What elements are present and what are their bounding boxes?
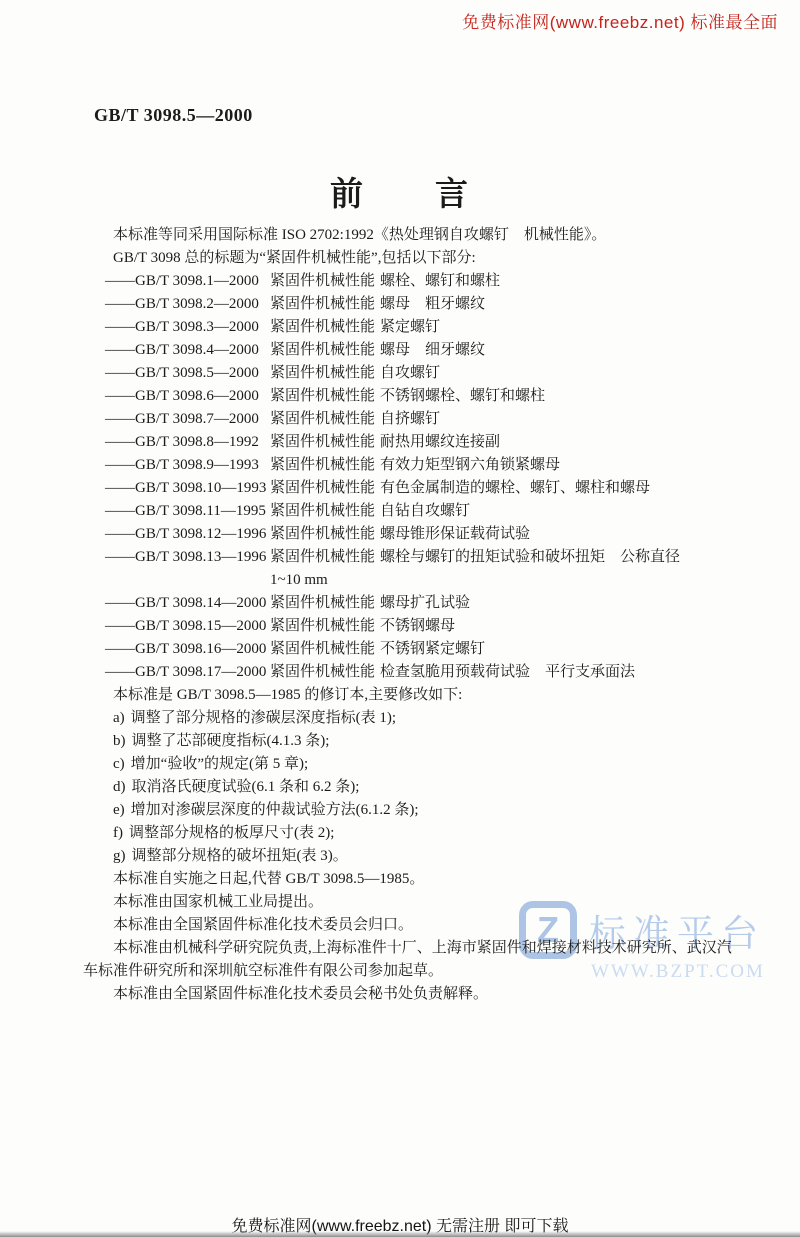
- top-site-banner: 免费标准网(www.freebz.net) 标准最全面: [462, 8, 778, 33]
- revision-item: c)增加“验收”的规定(第 5 章);: [83, 753, 743, 776]
- revision-label: c): [113, 756, 125, 772]
- standard-series-title: 紧固件机械性能: [270, 500, 380, 523]
- standard-series-title: 紧固件机械性能: [270, 638, 380, 661]
- standard-subject: 耐热用螺纹连接副: [380, 431, 743, 454]
- standard-series-title: 紧固件机械性能: [270, 339, 380, 362]
- standard-series-title: 紧固件机械性能: [270, 293, 380, 316]
- scan-bottom-edge: [0, 1231, 800, 1237]
- intro-paragraph: 本标准等同采用国际标准 ISO 2702:1992《热处理钢自攻螺钉 机械性能》…: [83, 224, 743, 247]
- standard-list-item: ——GB/T 3098.5—2000 紧固件机械性能 自攻螺钉: [83, 362, 743, 385]
- revision-item: d)取消洛氏硬度试验(6.1 条和 6.2 条);: [83, 776, 743, 799]
- standard-code: ——GB/T 3098.3—2000: [105, 316, 270, 339]
- standard-series-title: 紧固件机械性能: [270, 523, 380, 546]
- revision-label: d): [113, 779, 126, 795]
- standard-subject: 螺栓、螺钉和螺柱: [380, 270, 743, 293]
- standard-code: ——GB/T 3098.5—2000: [105, 362, 270, 385]
- revision-item: e)增加对渗碳层深度的仲裁试验方法(6.1.2 条);: [83, 799, 743, 822]
- revision-item: a)调整了部分规格的渗碳层深度指标(表 1);: [83, 707, 743, 730]
- standard-code: ——GB/T 3098.11—1995: [105, 500, 270, 523]
- revision-label: f): [113, 825, 123, 841]
- revision-item: f)调整部分规格的板厚尺寸(表 2);: [83, 822, 743, 845]
- revision-item: g)调整部分规格的破坏扭矩(表 3)。: [83, 845, 743, 868]
- standard-subject: 检查氢脆用预载荷试验 平行支承面法: [380, 661, 743, 684]
- standard-series-title: 紧固件机械性能: [270, 270, 380, 293]
- standard-series-title: 紧固件机械性能: [270, 615, 380, 638]
- revision-text: 调整部分规格的板厚尺寸(表 2);: [129, 825, 334, 841]
- standard-list-item: ——GB/T 3098.6—2000 紧固件机械性能 不锈钢螺栓、螺钉和螺柱: [83, 385, 743, 408]
- standard-subject: 有色金属制造的螺栓、螺钉、螺柱和螺母: [380, 477, 743, 500]
- standard-subject: 螺母扩孔试验: [380, 592, 743, 615]
- revision-item: b)调整了芯部硬度指标(4.1.3 条);: [83, 730, 743, 753]
- standard-list-item: ——GB/T 3098.9—1993 紧固件机械性能 有效力矩型钢六角锁紧螺母: [83, 454, 743, 477]
- revision-label: g): [113, 848, 126, 864]
- standard-code: ——GB/T 3098.1—2000: [105, 270, 270, 293]
- page-title: 前 言: [0, 168, 800, 215]
- standard-series-title: 紧固件机械性能: [270, 385, 380, 408]
- revision-text: 取消洛氏硬度试验(6.1 条和 6.2 条);: [132, 779, 360, 795]
- standard-code: ——GB/T 3098.15—2000: [105, 615, 270, 638]
- standard-list-item: ——GB/T 3098.3—2000 紧固件机械性能 紧定螺钉: [83, 316, 743, 339]
- standard-list-item: ——GB/T 3098.13—1996 紧固件机械性能 螺栓与螺钉的扭矩试验和破…: [83, 546, 743, 569]
- standard-list-item: ——GB/T 3098.17—2000 紧固件机械性能 检查氢脆用预载荷试验 平…: [83, 661, 743, 684]
- standard-code: ——GB/T 3098.2—2000: [105, 293, 270, 316]
- closing-paragraph: 本标准由全国紧固件标准化技术委员会秘书处负责解释。: [83, 983, 743, 1006]
- standard-series-title: 紧固件机械性能: [270, 316, 380, 339]
- standard-code: ——GB/T 3098.14—2000: [105, 592, 270, 615]
- standard-series-title: 紧固件机械性能: [270, 477, 380, 500]
- standard-list-item: ——GB/T 3098.1—2000 紧固件机械性能 螺栓、螺钉和螺柱: [83, 270, 743, 293]
- revision-text: 增加“验收”的规定(第 5 章);: [131, 756, 308, 772]
- revision-label: a): [113, 710, 125, 726]
- standard-list-item: ——GB/T 3098.11—1995 紧固件机械性能 自钻自攻螺钉: [83, 500, 743, 523]
- revision-intro: 本标准是 GB/T 3098.5—1985 的修订本,主要修改如下:: [83, 684, 743, 707]
- standard-list-item: ——GB/T 3098.14—2000 紧固件机械性能 螺母扩孔试验: [83, 592, 743, 615]
- standard-series-title: 紧固件机械性能: [270, 362, 380, 385]
- standard-series-title: 紧固件机械性能: [270, 454, 380, 477]
- standard-subject: 不锈钢紧定螺钉: [380, 638, 743, 661]
- standard-subject: 螺母锥形保证载荷试验: [380, 523, 743, 546]
- standard-series-title: 紧固件机械性能: [270, 661, 380, 684]
- standard-subject: 不锈钢螺栓、螺钉和螺柱: [380, 385, 743, 408]
- standard-code: ——GB/T 3098.16—2000: [105, 638, 270, 661]
- standard-code: ——GB/T 3098.12—1996: [105, 523, 270, 546]
- standard-series-title: 紧固件机械性能: [270, 592, 380, 615]
- standard-code: ——GB/T 3098.4—2000: [105, 339, 270, 362]
- standard-list-item: ——GB/T 3098.4—2000 紧固件机械性能 螺母 细牙螺纹: [83, 339, 743, 362]
- standard-subject: 自挤螺钉: [380, 408, 743, 431]
- standard-code: ——GB/T 3098.7—2000: [105, 408, 270, 431]
- standard-subject: 有效力矩型钢六角锁紧螺母: [380, 454, 743, 477]
- closing-paragraph: 本标准自实施之日起,代替 GB/T 3098.5—1985。: [83, 868, 743, 891]
- closing-paragraph: 本标准由国家机械工业局提出。: [83, 891, 743, 914]
- closing-paragraph: 本标准由机械科学研究院负责,上海标准件十厂、上海市紧固件和焊接材料技术研究所、武…: [83, 937, 743, 983]
- standard-list-item: ——GB/T 3098.12—1996 紧固件机械性能 螺母锥形保证载荷试验: [83, 523, 743, 546]
- standard-series-title: 紧固件机械性能: [270, 408, 380, 431]
- standard-subject: 自攻螺钉: [380, 362, 743, 385]
- revision-label: b): [113, 733, 126, 749]
- standard-subject: 自钻自攻螺钉: [380, 500, 743, 523]
- standard-list-item: ——GB/T 3098.10—1993 紧固件机械性能 有色金属制造的螺栓、螺钉…: [83, 477, 743, 500]
- standard-subject: 不锈钢螺母: [380, 615, 743, 638]
- standard-list-item: ——GB/T 3098.16—2000 紧固件机械性能 不锈钢紧定螺钉: [83, 638, 743, 661]
- standard-list-item: ——GB/T 3098.8—1992 紧固件机械性能 耐热用螺纹连接副: [83, 431, 743, 454]
- standard-series-title: 紧固件机械性能: [270, 546, 380, 569]
- standard-code: ——GB/T 3098.10—1993: [105, 477, 270, 500]
- standard-code: ——GB/T 3098.13—1996: [105, 546, 270, 569]
- revision-text: 调整了芯部硬度指标(4.1.3 条);: [132, 733, 330, 749]
- standard-subject-continuation: 1~10 mm: [270, 569, 743, 592]
- standard-code: ——GB/T 3098.9—1993: [105, 454, 270, 477]
- standard-subject: 螺母 细牙螺纹: [380, 339, 743, 362]
- intro-paragraph: GB/T 3098 总的标题为“紧固件机械性能”,包括以下部分:: [83, 247, 743, 270]
- standard-list-item: ——GB/T 3098.2—2000 紧固件机械性能 螺母 粗牙螺纹: [83, 293, 743, 316]
- standard-subject: 紧定螺钉: [380, 316, 743, 339]
- standard-subject: 螺母 粗牙螺纹: [380, 293, 743, 316]
- revision-text: 增加对渗碳层深度的仲裁试验方法(6.1.2 条);: [131, 802, 419, 818]
- standard-number: GB/T 3098.5—2000: [94, 105, 253, 126]
- standard-series-title: 紧固件机械性能: [270, 431, 380, 454]
- standard-code: ——GB/T 3098.17—2000: [105, 661, 270, 684]
- revision-text: 调整了部分规格的渗碳层深度指标(表 1);: [131, 710, 396, 726]
- revision-text: 调整部分规格的破坏扭矩(表 3)。: [132, 848, 348, 864]
- foreword-body: 本标准等同采用国际标准 ISO 2702:1992《热处理钢自攻螺钉 机械性能》…: [83, 224, 743, 1006]
- closing-paragraph: 本标准由全国紧固件标准化技术委员会归口。: [83, 914, 743, 937]
- standard-list-item: ——GB/T 3098.7—2000 紧固件机械性能 自挤螺钉: [83, 408, 743, 431]
- standard-subject: 螺栓与螺钉的扭矩试验和破坏扭矩 公称直径: [380, 546, 743, 569]
- standard-code: ——GB/T 3098.8—1992: [105, 431, 270, 454]
- revision-label: e): [113, 802, 125, 818]
- standard-code: ——GB/T 3098.6—2000: [105, 385, 270, 408]
- standard-list-item: ——GB/T 3098.15—2000 紧固件机械性能 不锈钢螺母: [83, 615, 743, 638]
